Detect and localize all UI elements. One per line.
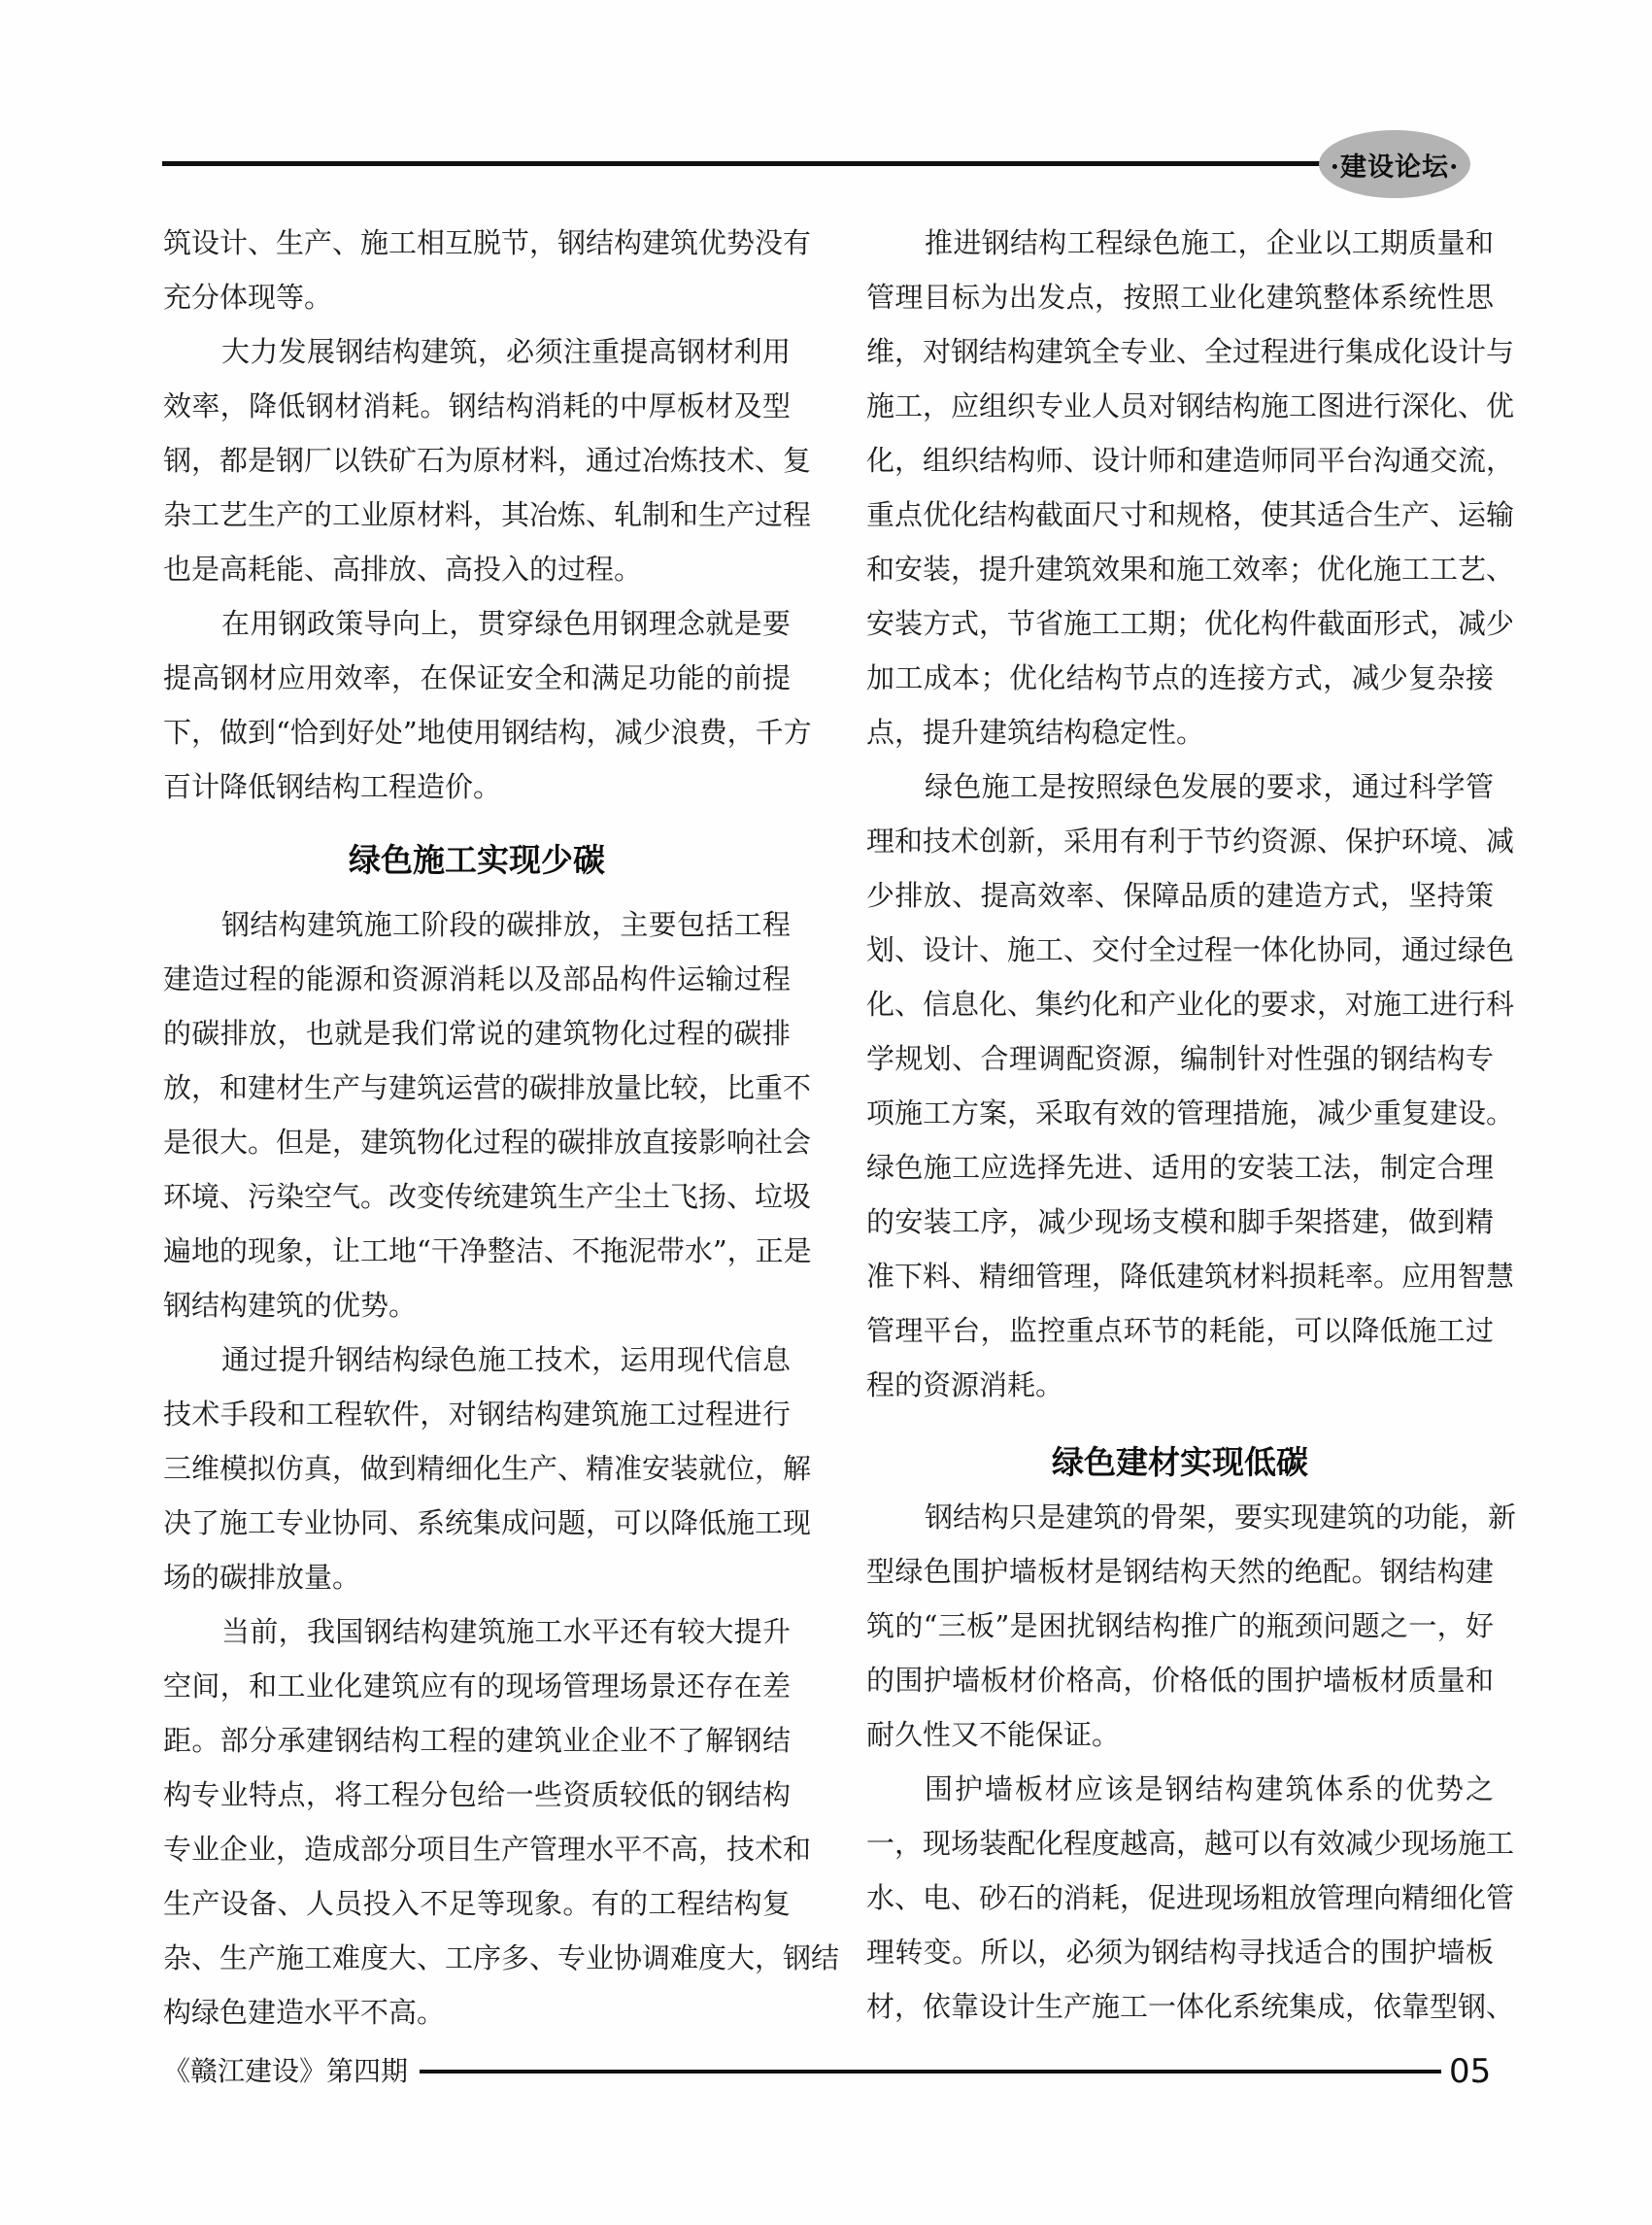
text-line: 建造过程的能源和资源消耗以及部品构件运输过程 [163, 952, 791, 1006]
footer-divider [420, 2070, 1441, 2073]
text-line: 百计降低钢结构工程造价。 [163, 759, 791, 814]
text-line: 当前，我国钢结构建筑施工水平还有较大提升 [163, 1604, 791, 1659]
left-text-column: 筑设计、生产、施工相互脱节，钢结构建筑优势没有充分体现等。大力发展钢结构建筑，必… [163, 216, 791, 2040]
paragraph: 筑设计、生产、施工相互脱节，钢结构建筑优势没有充分体现等。 [163, 216, 791, 324]
paragraph: 绿色施工是按照绿色发展的要求，通过科学管理和技术创新，采用有利于节约资源、保护环… [866, 759, 1494, 1412]
text-line: 场的碳排放量。 [163, 1550, 791, 1604]
text-line: 构绿色建造水平不高。 [163, 1985, 791, 2040]
text-line: 钢结构建筑施工阶段的碳排放，主要包括工程 [163, 897, 791, 952]
magazine-page: ·建设论坛· 筑设计、生产、施工相互脱节，钢结构建筑优势没有充分体现等。大力发展… [0, 0, 1652, 2225]
text-line: 维，对钢结构建筑全专业、全过程进行集成化设计与 [866, 324, 1494, 379]
text-line: 和安装，提升建筑效果和施工效率；优化施工工艺、 [866, 542, 1494, 596]
text-line: 钢，都是钢厂以铁矿石为原材料，通过冶炼技术、复 [163, 433, 791, 488]
text-line: 学规划、合理调配资源，编制针对性强的钢结构专 [866, 1031, 1494, 1086]
text-line: 放，和建材生产与建筑运营的碳排放量比较，比重不 [163, 1061, 791, 1115]
text-line: 重点优化结构截面尺寸和规格，使其适合生产、运输 [866, 488, 1494, 542]
text-line: 杂、生产施工难度大、工序多、专业协调难度大，钢结 [163, 1931, 791, 1985]
text-line: 是很大。但是，建筑物化过程的碳排放直接影响社会 [163, 1115, 791, 1169]
text-line: 环境、污染空气。改变传统建筑生产尘土飞扬、垃圾 [163, 1169, 791, 1224]
text-line: 加工成本；优化结构节点的连接方式，减少复杂接 [866, 651, 1494, 705]
text-line: 少排放、提高效率、保障品质的建造方式，坚持策 [866, 868, 1494, 923]
text-line: 构专业特点，将工程分包给一些资质较低的钢结构 [163, 1768, 791, 1822]
text-line: 型绿色围护墙板材是钢结构天然的绝配。钢结构建 [866, 1544, 1494, 1599]
forum-badge: ·建设论坛· [1319, 130, 1470, 198]
text-line: 绿色施工是按照绿色发展的要求，通过科学管 [866, 759, 1494, 814]
paragraph: 钢结构只是建筑的骨架，要实现建筑的功能，新型绿色围护墙板材是钢结构天然的绝配。钢… [866, 1490, 1494, 1762]
text-line: 点，提升建筑结构稳定性。 [866, 705, 1494, 759]
text-line: 水、电、砂石的消耗，促进现场粗放管理向精细化管 [866, 1871, 1494, 1925]
text-line: 钢结构只是建筑的骨架，要实现建筑的功能，新 [866, 1490, 1494, 1544]
right-text-column: 推进钢结构工程绿色施工，企业以工期质量和管理目标为出发点，按照工业化建筑整体系统… [866, 216, 1494, 2034]
text-line: 通过提升钢结构绿色施工技术，运用现代信息 [163, 1332, 791, 1387]
paragraph: 大力发展钢结构建筑，必须注重提高钢材利用效率，降低钢材消耗。钢结构消耗的中厚板材… [163, 324, 791, 596]
text-line: 下，做到“恰到好处”地使用钢结构，减少浪费，千方 [163, 705, 791, 759]
paragraph: 推进钢结构工程绿色施工，企业以工期质量和管理目标为出发点，按照工业化建筑整体系统… [866, 216, 1494, 759]
text-line: 杂工艺生产的工业原材料，其冶炼、轧制和生产过程 [163, 488, 791, 542]
text-line: 筑设计、生产、施工相互脱节，钢结构建筑优势没有 [163, 216, 791, 270]
header-divider [162, 161, 1320, 166]
journal-title: 《赣江建设》第四期 [163, 2047, 408, 2096]
text-line: 筑的“三板”是困扰钢结构推广的瓶颈问题之一，好 [866, 1599, 1494, 1653]
text-line: 化，组织结构师、设计师和建造师同平台沟通交流， [866, 433, 1494, 488]
text-line: 一，现场装配化程度越高，越可以有效减少现场施工 [866, 1816, 1494, 1871]
text-line: 空间，和工业化建筑应有的现场管理场景还存在差 [163, 1659, 791, 1713]
paragraph: 通过提升钢结构绿色施工技术，运用现代信息技术手段和工程软件，对钢结构建筑施工过程… [163, 1332, 791, 1604]
text-line: 钢结构建筑的优势。 [163, 1278, 791, 1332]
paragraph: 围护墙板材应该是钢结构建筑体系的优势之一，现场装配化程度越高，越可以有效减少现场… [866, 1762, 1494, 2034]
text-line: 决了施工专业协同、系统集成问题，可以降低施工现 [163, 1496, 791, 1550]
text-line: 专业企业，造成部分项目生产管理水平不高，技术和 [163, 1822, 791, 1876]
text-line: 安装方式，节省施工工期；优化构件截面形式，减少 [866, 596, 1494, 651]
text-line: 的围护墙板材价格高，价格低的围护墙板材质量和 [866, 1653, 1494, 1707]
text-line: 充分体现等。 [163, 270, 791, 324]
text-line: 划、设计、施工、交付全过程一体化协同，通过绿色 [866, 923, 1494, 977]
text-line: 施工，应组织专业人员对钢结构施工图进行深化、优 [866, 379, 1494, 433]
text-line: 推进钢结构工程绿色施工，企业以工期质量和 [866, 216, 1494, 270]
text-line: 绿色施工应选择先进、适用的安装工法，制定合理 [866, 1140, 1494, 1195]
text-line: 化、信息化、集约化和产业化的要求，对施工进行科 [866, 977, 1494, 1031]
paragraph: 在用钢政策导向上，贯穿绿色用钢理念就是要提高钢材应用效率，在保证安全和满足功能的… [163, 596, 791, 814]
text-line: 项施工方案，采取有效的管理措施，减少重复建设。 [866, 1086, 1494, 1140]
text-line: 提高钢材应用效率，在保证安全和满足功能的前提 [163, 651, 791, 705]
paragraph: 当前，我国钢结构建筑施工水平还有较大提升空间，和工业化建筑应有的现场管理场景还存… [163, 1604, 791, 2040]
text-line: 的安装工序，减少现场支模和脚手架搭建，做到精 [866, 1195, 1494, 1249]
text-line: 三维模拟仿真，做到精细化生产、精准安装就位，解 [163, 1441, 791, 1496]
text-line: 效率，降低钢材消耗。钢结构消耗的中厚板材及型 [163, 379, 791, 433]
text-line: 管理目标为出发点，按照工业化建筑整体系统性思 [866, 270, 1494, 324]
text-line: 大力发展钢结构建筑，必须注重提高钢材利用 [163, 324, 791, 379]
text-line: 理转变。所以，必须为钢结构寻找适合的围护墙板 [866, 1925, 1494, 1979]
text-line: 的碳排放，也就是我们常说的建筑物化过程的碳排 [163, 1006, 791, 1061]
page-number: 05 [1449, 2045, 1491, 2098]
text-line: 准下料、精细管理，降低建筑材料损耗率。应用智慧 [866, 1249, 1494, 1303]
text-line: 程的资源消耗。 [866, 1358, 1494, 1412]
section-heading: 绿色建材实现低碳 [866, 1435, 1494, 1490]
paragraph: 钢结构建筑施工阶段的碳排放，主要包括工程建造过程的能源和资源消耗以及部品构件运输… [163, 897, 791, 1332]
text-line: 理和技术创新，采用有利于节约资源、保护环境、减 [866, 814, 1494, 868]
text-line: 也是高耗能、高排放、高投入的过程。 [163, 542, 791, 596]
text-line: 耐久性又不能保证。 [866, 1707, 1494, 1762]
text-line: 遍地的现象，让工地“干净整洁、不拖泥带水”，正是 [163, 1224, 791, 1278]
text-line: 在用钢政策导向上，贯穿绿色用钢理念就是要 [163, 596, 791, 651]
text-line: 管理平台，监控重点环节的耗能，可以降低施工过 [866, 1303, 1494, 1358]
forum-badge-label: ·建设论坛· [1331, 146, 1460, 184]
text-line: 距。部分承建钢结构工程的建筑业企业不了解钢结 [163, 1713, 791, 1768]
text-line: 围护墙板材应该是钢结构建筑体系的优势之 [866, 1762, 1494, 1816]
section-heading: 绿色施工实现少碳 [163, 833, 791, 888]
text-line: 生产设备、人员投入不足等现象。有的工程结构复 [163, 1876, 791, 1931]
text-line: 材，依靠设计生产施工一体化系统集成，依靠型钢、 [866, 1979, 1494, 2034]
text-line: 技术手段和工程软件，对钢结构建筑施工过程进行 [163, 1387, 791, 1441]
